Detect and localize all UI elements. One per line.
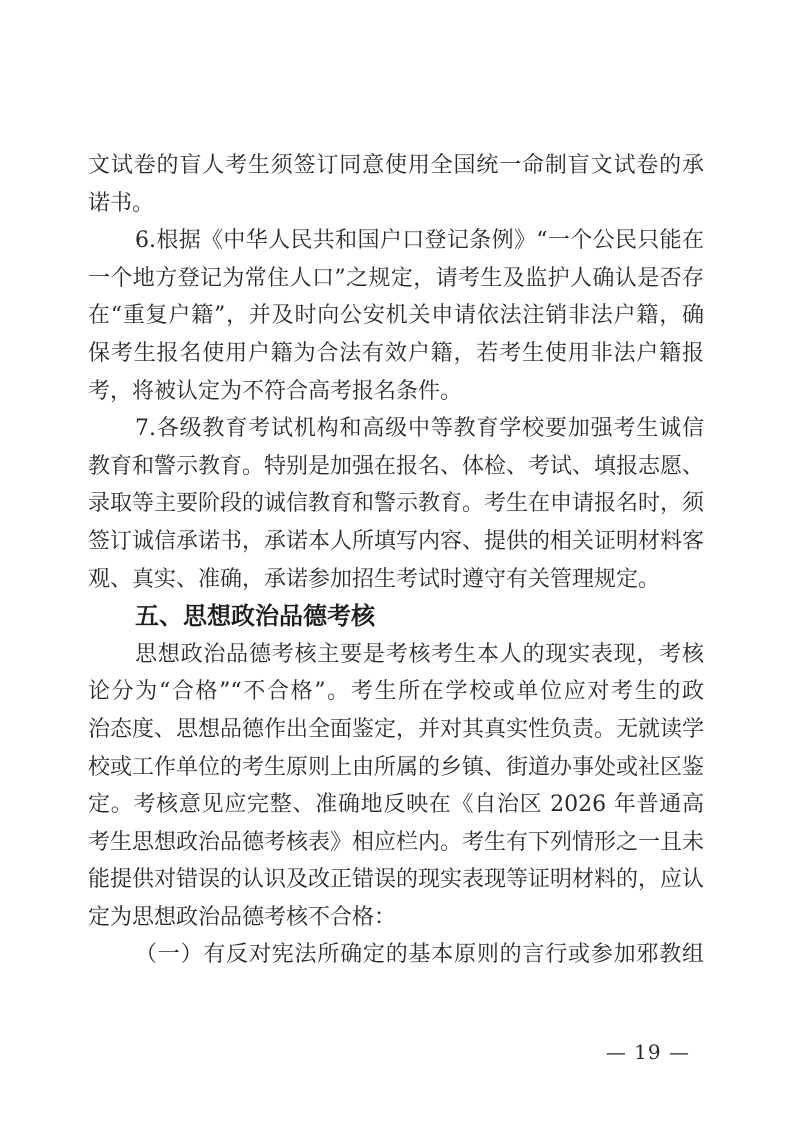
- text-line: 教育和警示教育。特别是加强在报名、体检、考试、填报志愿、: [88, 448, 704, 486]
- text-line: 录取等主要阶段的诚信教育和警示教育。考生在申请报名时，须: [88, 485, 704, 523]
- text-line: 7.各级教育考试机构和高级中等教育学校要加强考生诚信: [88, 410, 704, 448]
- text-line: 能提供对错误的认识及改正错误的现实表现等证明材料的，应认: [88, 861, 704, 899]
- text-line: 文试卷的盲人考生须签订同意使用全国统一命制盲文试卷的承: [88, 147, 704, 185]
- text-line: （一）有反对宪法所确定的基本原则的言行或参加邪教组: [88, 936, 704, 974]
- document-body: 文试卷的盲人考生须签订同意使用全国统一命制盲文试卷的承 诺书。 6.根据《中华人…: [88, 147, 704, 974]
- text-line: 保考生报名使用户籍为合法有效户籍，若考生使用非法户籍报: [88, 335, 704, 373]
- document-page: 文试卷的盲人考生须签订同意使用全国统一命制盲文试卷的承 诺书。 6.根据《中华人…: [0, 0, 793, 1122]
- text-line: 思想政治品德考核主要是考核考生本人的现实表现，考核结: [88, 636, 704, 674]
- text-line: 考，将被认定为不符合高考报名条件。: [88, 373, 704, 411]
- text-line: 治态度、思想品德作出全面鉴定，并对其真实性负责。无就读学: [88, 711, 704, 749]
- text-line: 校或工作单位的考生原则上由所属的乡镇、街道办事处或社区鉴: [88, 749, 704, 787]
- page-number: — 19 —: [606, 1040, 690, 1064]
- text-line: 定。考核意见应完整、准确地反映在《自治区 2026 年普通高考: [88, 786, 704, 824]
- text-line: 观、真实、准确，承诺参加招生考试时遵守有关管理规定。: [88, 561, 704, 599]
- text-line: 签订诚信承诺书，承诺本人所填写内容、提供的相关证明材料客: [88, 523, 704, 561]
- text-line: 论分为“合格”“不合格”。考生所在学校或单位应对考生的政: [88, 673, 704, 711]
- text-line: 考生思想政治品德考核表》相应栏内。考生有下列情形之一且未: [88, 824, 704, 862]
- text-line: 定为思想政治品德考核不合格：: [88, 899, 704, 937]
- section-heading: 五、思想政治品德考核: [88, 598, 704, 636]
- text-line: 在“重复户籍”，并及时向公安机关申请依法注销非法户籍，确: [88, 297, 704, 335]
- text-line: 诺书。: [88, 185, 704, 223]
- text-line: 一个地方登记为常住人口”之规定，请考生及监护人确认是否存: [88, 260, 704, 298]
- text-line: 6.根据《中华人民共和国户口登记条例》“一个公民只能在: [88, 222, 704, 260]
